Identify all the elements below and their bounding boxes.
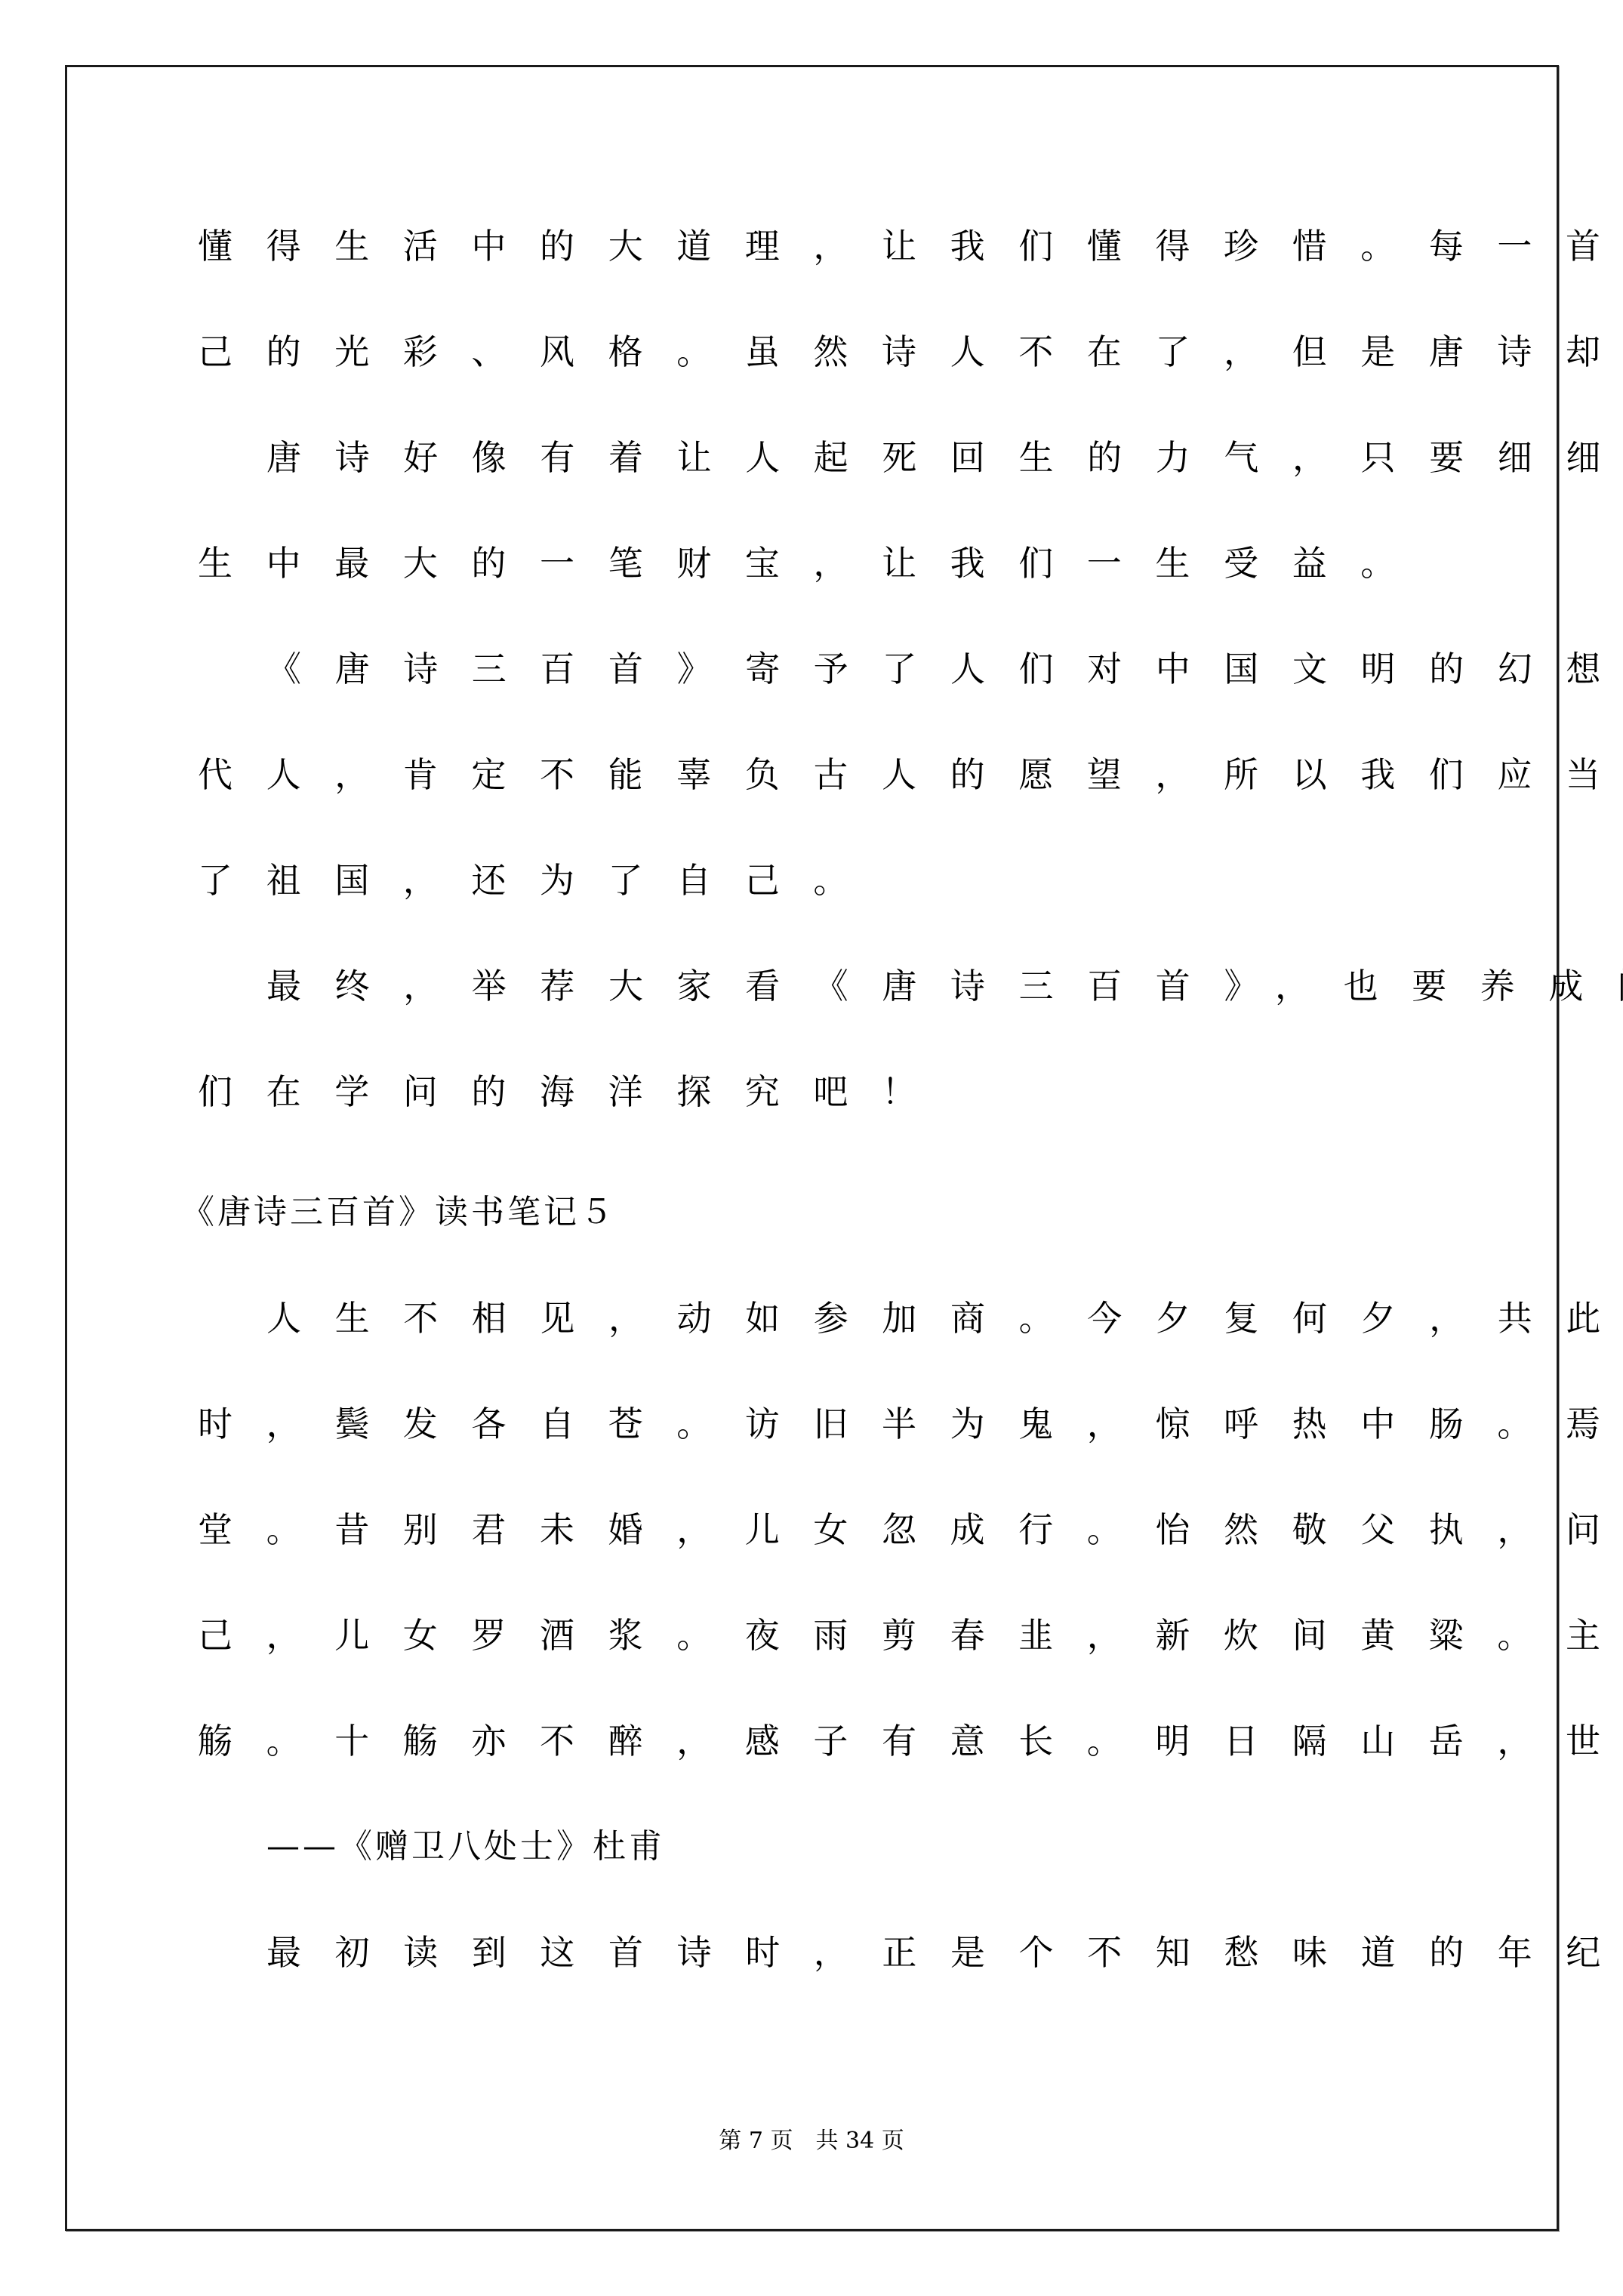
section-heading: 《唐诗三百首》读书笔记５ xyxy=(181,1190,616,1235)
poem-attribution: ——《赠卫八处士》杜甫 xyxy=(266,1824,665,1869)
paragraph-line: 了祖国，还为了自己。 xyxy=(198,858,882,903)
paragraph-line: 最初读到这首诗时，正是个不知愁味道的年纪。那个年华里，最 xyxy=(266,1930,1623,1975)
page-number-footer: 第 7 页 共 34 页 xyxy=(0,2126,1623,2156)
paragraph-line: 《唐诗三百首》寄予了人们对中国文明的幻想，我们做为一个现 xyxy=(266,646,1623,692)
poem-line: 时，鬓发各自苍。访旧半为鬼，惊呼热中肠。焉知二十载，重上君子 xyxy=(198,1401,1623,1447)
paragraph-line: 生中最大的一笔财宝，让我们一生受益。 xyxy=(198,541,1429,586)
paragraph-line: 己的光彩、风格。虽然诗人不在了，但是唐诗却恒久存在！ xyxy=(198,329,1623,374)
paragraph-line: 们在学问的海洋探究吧！ xyxy=(198,1069,950,1114)
poem-line: 觞。十觞亦不醉，感子有意长。明日隔山岳，世事两茫茫。 xyxy=(198,1718,1623,1764)
paragraph-line: 唐诗好像有着让人起死回生的力气，只要细细去品读，这便是人 xyxy=(266,435,1623,480)
paragraph-line: 最终，举荐大家看《唐诗三百首》，也要养成阅读的好习惯，让我 xyxy=(266,963,1623,1009)
poem-line: 己，儿女罗酒浆。夜雨剪春韭，新炊间黄粱。主称会面难，一举累十 xyxy=(198,1613,1623,1658)
poem-line: 堂。昔别君未婚，儿女忽成行。怡然敬父执，问我来何方。问答未及 xyxy=(198,1507,1623,1552)
paragraph-line: 懂得生活中的大道理，让我们懂得珍惜。每一首诗跟诗人一样，有自 xyxy=(198,223,1623,269)
paragraph-line: 代人，肯定不能辜负古人的愿望，所以我们应当努力学习，不单是为 xyxy=(198,752,1623,797)
page-border xyxy=(65,65,1559,2231)
poem-line: 人生不相见，动如参加商。今夕复何夕，共此灯烛光。少壮能几 xyxy=(266,1296,1623,1341)
